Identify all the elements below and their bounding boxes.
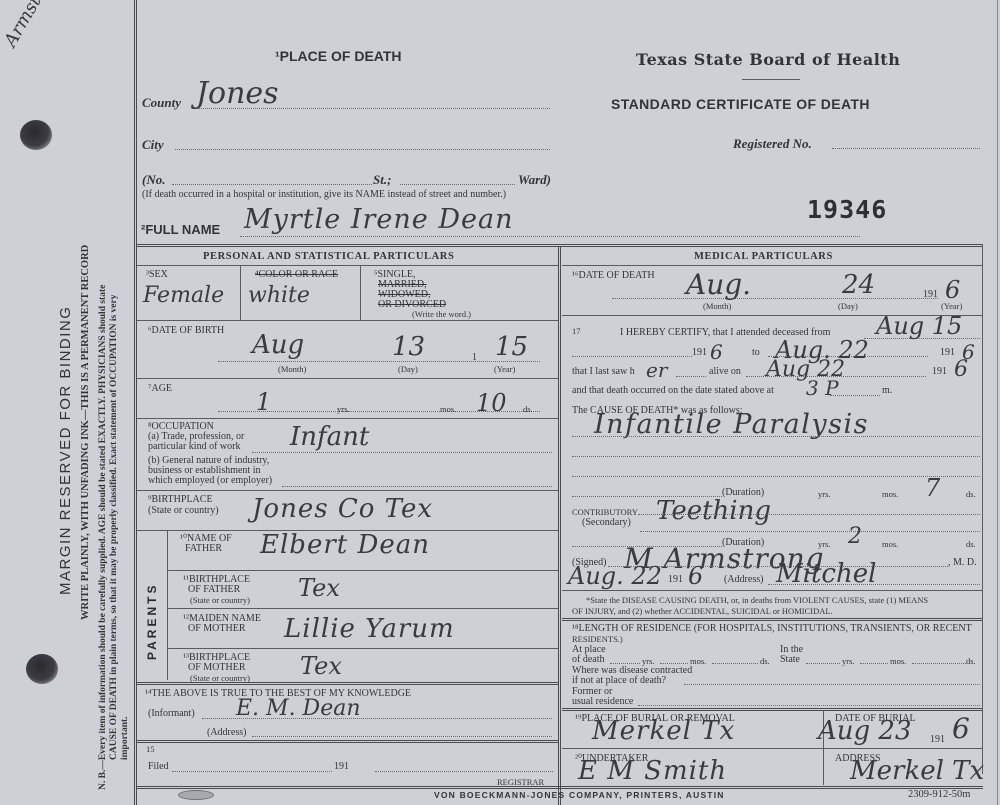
alive-year-value[interactable]: 6	[954, 357, 968, 382]
birthplace-value[interactable]: Jones Co Tex	[252, 494, 433, 524]
contrib-duration-mos[interactable]: 2	[848, 524, 862, 549]
alive-year-prefix: 191	[932, 366, 947, 377]
father-name-label-2: FATHER	[185, 543, 222, 554]
mother-birthplace-value[interactable]: Tex	[300, 652, 342, 680]
contrib-duration-mos-caption: mos.	[882, 539, 898, 549]
margin-instruction: WRITE PLAINLY, WITH UNFADING INK—THIS IS…	[80, 245, 91, 620]
margin-note-line2: CAUSE OF DEATH in plain terms, so that i…	[109, 295, 119, 760]
margin-binding-title: MARGIN RESERVED FOR BINDING	[57, 306, 74, 595]
contributory-value[interactable]: Teething	[656, 496, 771, 526]
undertaker-address-value[interactable]: Merkel Tx	[850, 756, 984, 786]
dod-month-value[interactable]: Aug.	[686, 268, 751, 301]
undertaker-value[interactable]: E M Smith	[578, 756, 727, 786]
center-divider	[558, 247, 561, 805]
margin-handwritten-note: Armstrong	[0, 0, 67, 51]
dod-day-value[interactable]: 24	[842, 270, 875, 300]
cause-duration-yrs-caption: yrs.	[818, 489, 831, 499]
personal-section-title: PERSONAL AND STATISTICAL PARTICULARS	[203, 251, 454, 262]
form-code: 2309-912-50m	[908, 789, 970, 800]
parents-label: PARENTS	[145, 583, 159, 660]
in-state-ds-caption: ds.	[966, 656, 976, 666]
filed-year-prefix: 191	[334, 761, 349, 772]
punch-hole-bottom	[26, 654, 58, 684]
cause-duration-ds[interactable]: 7	[925, 474, 940, 502]
dod-month-caption: (Month)	[703, 301, 731, 311]
filed-number: 15	[146, 744, 155, 754]
birthplace-hint: (State or country)	[148, 505, 219, 516]
age-days-value[interactable]: 10	[476, 389, 507, 417]
attended-from-value[interactable]: Aug 15	[876, 312, 962, 340]
last-saw-label: that I last saw h	[572, 366, 635, 377]
attended-from-year-prefix: 191	[692, 347, 707, 358]
margin-note-line1: N. B.—Every item of information should b…	[98, 285, 108, 790]
informant-address-label: (Address)	[207, 727, 246, 738]
street-label: St.;	[373, 172, 391, 188]
city-label: City	[142, 137, 164, 153]
death-time-value[interactable]: 3 P	[806, 376, 839, 400]
dod-year-prefix: 191	[923, 289, 938, 300]
contributory-label: CONTRIBUTORY	[572, 507, 638, 517]
page-right-edge	[997, 0, 998, 805]
residence-label: ¹⁸LENGTH OF RESIDENCE (FOR HOSPITALS, IN…	[572, 623, 972, 634]
dod-year-caption: (Year)	[941, 301, 962, 311]
certificate-title: STANDARD CERTIFICATE OF DEATH	[611, 96, 870, 112]
burial-date-value[interactable]: Aug 23	[818, 716, 912, 746]
at-place-ds-caption: ds.	[760, 656, 770, 666]
occupation-value[interactable]: Infant	[290, 422, 369, 452]
informant-label: (Informant)	[148, 708, 195, 719]
father-birthplace-label-2: OF FATHER	[188, 584, 240, 595]
dod-year-value[interactable]: 6	[945, 276, 960, 304]
at-place-label-2: of death	[572, 654, 605, 665]
at-place-mos-caption: mos.	[690, 656, 706, 666]
dob-year-prefix: 1	[472, 352, 477, 363]
cause-duration-mos-caption: mos.	[882, 489, 898, 499]
cause-footnote-1: *State the DISEASE CAUSING DEATH, or, in…	[586, 595, 928, 605]
dob-day-value[interactable]: 13	[392, 332, 425, 362]
burial-place-value[interactable]: Merkel Tx	[592, 716, 735, 746]
death-certificate-page: Armstrong MARGIN RESERVED FOR BINDING WR…	[0, 0, 1000, 805]
county-label: County	[142, 95, 181, 111]
punch-hole-top	[20, 120, 52, 150]
color-value[interactable]: white	[248, 283, 310, 308]
signed-year-value[interactable]: 6	[688, 562, 703, 590]
printer-credit: VON BOECKMANN-JONES COMPANY, PRINTERS, A…	[434, 790, 725, 800]
sex-value[interactable]: Female	[143, 283, 224, 308]
age-ds-caption: ds.	[523, 404, 533, 414]
certify-number: 17	[572, 326, 581, 336]
dod-day-caption: (Day)	[838, 301, 858, 311]
attended-to-label: to	[752, 347, 760, 358]
dob-year-value[interactable]: 15	[495, 332, 528, 362]
death-time-label: and that death occurred on the date stat…	[572, 385, 774, 396]
ward-label: Ward)	[518, 172, 551, 188]
cause-footnote-2: OF INJURY, and (2) whether ACCIDENTAL, S…	[572, 606, 833, 616]
in-state-yrs-caption: yrs.	[842, 656, 855, 666]
age-years-value[interactable]: 1	[256, 388, 271, 416]
last-saw-pronoun[interactable]: er	[646, 358, 667, 382]
medical-section-title: MEDICAL PARTICULARS	[694, 251, 833, 262]
burial-year-value[interactable]: 6	[952, 712, 970, 745]
cause-duration-ds-caption: ds.	[966, 489, 976, 499]
place-of-death-title: ¹PLACE OF DEATH	[275, 48, 402, 64]
occupation-a2-label: particular kind of work	[148, 442, 240, 452]
registered-no-label: Registered No.	[733, 136, 812, 152]
registered-stamp-number: 19346	[807, 195, 887, 224]
color-label: ⁴COLOR OR RACE	[255, 269, 338, 280]
dob-month-caption: (Month)	[278, 364, 306, 374]
father-name-value[interactable]: Elbert Dean	[260, 530, 430, 560]
age-label: ⁷AGE	[148, 383, 172, 394]
father-birthplace-value[interactable]: Tex	[298, 574, 340, 602]
former-residence-label-2: usual residence	[572, 696, 633, 707]
dod-label: ¹⁶DATE OF DEATH	[572, 270, 655, 281]
full-name-value[interactable]: Myrtle Irene Dean	[244, 204, 513, 235]
attended-from-year-value[interactable]: 6	[710, 340, 723, 364]
contracted-label-2: if not at place of death?	[572, 675, 666, 686]
occupation-b3-label: which employed (or employer)	[148, 476, 272, 486]
signed-year-prefix: 191	[668, 574, 683, 585]
mother-birthplace-label-2: OF MOTHER	[188, 662, 246, 673]
margin-note-line3: important.	[120, 716, 130, 760]
contrib-duration-ds-caption: ds.	[966, 539, 976, 549]
dob-label: ⁶DATE OF BIRTH	[148, 325, 224, 336]
full-name-label: ²FULL NAME	[141, 222, 220, 237]
md-suffix: , M. D.	[948, 557, 977, 568]
in-state-label-2: State	[780, 654, 800, 665]
county-value[interactable]: Jones	[196, 76, 279, 111]
physician-address-label: (Address)	[724, 574, 763, 585]
signed-date-value[interactable]: Aug. 22	[568, 562, 662, 590]
informant-value[interactable]: E. M. Dean	[236, 696, 361, 721]
father-birthplace-hint: (State or country)	[190, 595, 250, 605]
birthplace-label: ⁹BIRTHPLACE	[148, 494, 213, 505]
age-mos-caption: mos.	[440, 404, 456, 414]
death-time-m: m.	[882, 385, 892, 396]
burial-year-prefix: 191	[930, 734, 945, 745]
union-label-emblem	[178, 790, 214, 800]
alive-on-label: alive on	[709, 366, 741, 377]
marital-hint: (Write the word.)	[412, 309, 471, 319]
in-state-mos-caption: mos.	[890, 656, 906, 666]
sex-label: ³SEX	[146, 269, 168, 280]
secondary-label: (Secondary)	[582, 517, 631, 528]
street-no-label: (No.	[142, 172, 165, 188]
dob-month-value[interactable]: Aug	[252, 330, 304, 360]
board-title: Texas State Board of Health	[636, 50, 900, 69]
attended-to-year-prefix: 191	[940, 347, 955, 358]
dob-year-caption: (Year)	[494, 364, 515, 374]
hospital-note: (If death occurred in a hospital or inst…	[142, 189, 506, 200]
filed-label: Filed	[148, 761, 169, 772]
mother-name-label-2: OF MOTHER	[188, 623, 246, 634]
residence-label-2: RESIDENTS.)	[572, 634, 623, 644]
age-yrs-caption: yrs.	[337, 404, 350, 414]
mother-name-value[interactable]: Lillie Yarum	[284, 614, 455, 644]
dob-day-caption: (Day)	[398, 364, 418, 374]
